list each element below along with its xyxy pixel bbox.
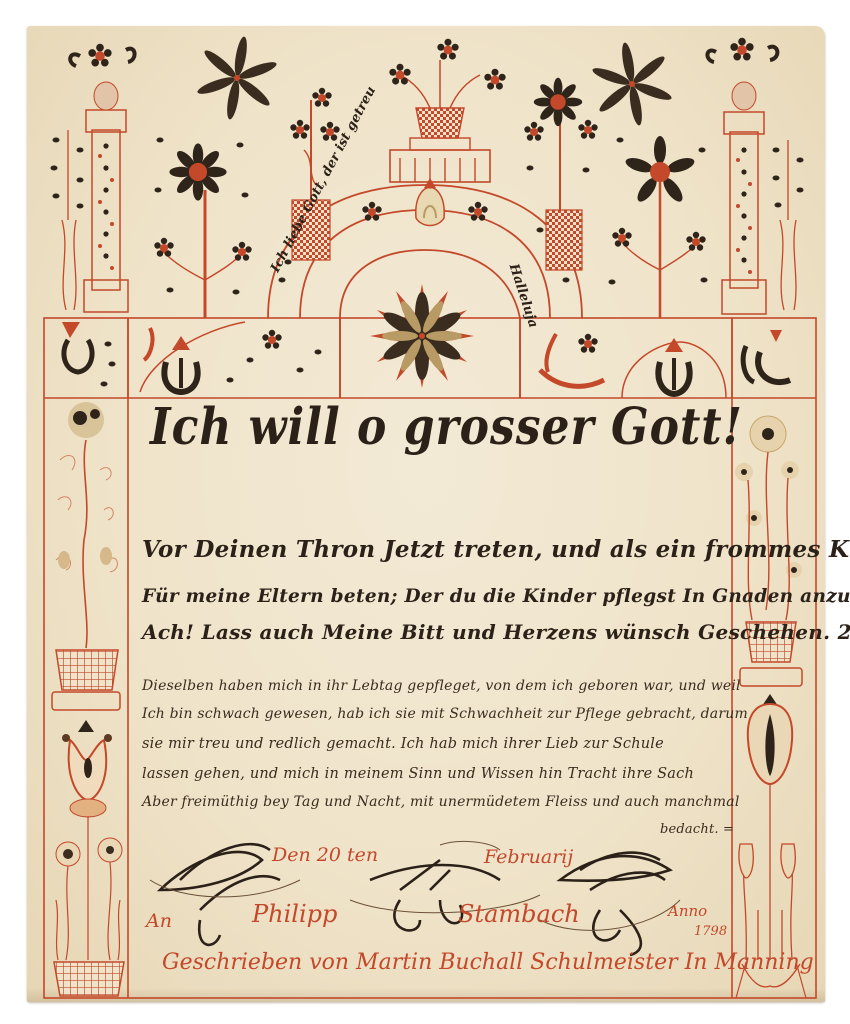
scribe-footer: Geschrieben von Martin Buchall Schulmeis… [162, 950, 814, 975]
script-line-4: lassen gehen, und mich in meinem Sinn un… [142, 766, 694, 782]
script-line-2: Ich bin schwach gewesen, hab ich sie mit… [142, 706, 748, 722]
signature-anno: Anno [668, 902, 707, 920]
script-line-1: Dieselben haben mich in ihr Lebtag gepfl… [142, 678, 741, 694]
fraktur-line-1: Vor Deinen Thron Jetzt treten, und als e… [142, 536, 850, 563]
signature-year: 1798 [694, 924, 727, 939]
signature-month: Februarij [484, 846, 573, 868]
signature-first-name: Philipp [252, 900, 337, 928]
fraktur-decoration [0, 0, 850, 1024]
script-line-6: bedacht. = [660, 822, 734, 837]
signature-date: Den 20 ten [272, 844, 378, 866]
signature-last-name: Stambach [458, 900, 580, 928]
fraktur-line-3: Ach! Lass auch Meine Bitt und Herzens wü… [142, 620, 850, 644]
script-line-3: sie mir treu und redlich gemacht. Ich ha… [142, 736, 664, 752]
fraktur-line-2: Für meine Eltern beten; Der du die Kinde… [142, 586, 850, 607]
signature-preposition: An [146, 910, 172, 932]
script-line-5: Aber freimüthig bey Tag und Nacht, mit u… [142, 794, 740, 810]
document-title: Ich will o grosser Gott! [150, 398, 710, 457]
